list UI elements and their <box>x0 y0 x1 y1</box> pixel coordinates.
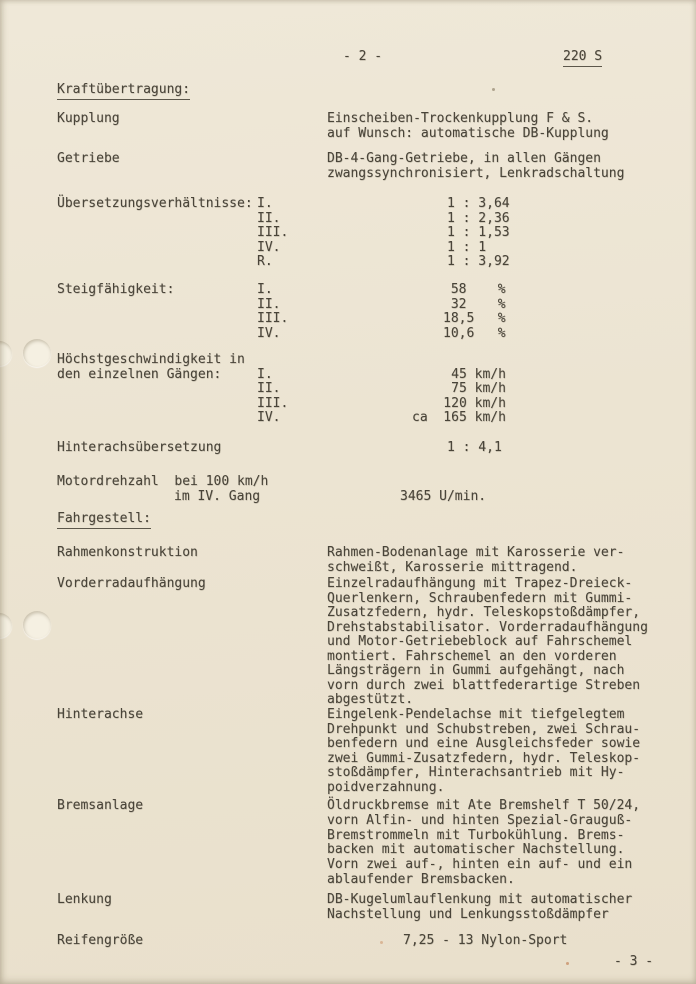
gear-numeral: IV. <box>257 241 280 256</box>
spec-label-hinterachse: Hinterachse <box>57 708 143 723</box>
spec-text: stoßdämpfer, Hinterachsantrieb mit Hy- <box>327 766 624 781</box>
gear-numeral: IV. <box>257 411 280 426</box>
page-number-bottom: - 3 - <box>614 955 653 970</box>
spec-text: vorn Alfin- und hinten Spezial-Grauguß- <box>327 814 632 829</box>
spec-text: auf Wunsch: automatische DB-Kupplung <box>327 127 609 142</box>
spec-value: 7,25 - 13 Nylon-Sport <box>403 934 567 949</box>
spec-value: 1 : 1 <box>447 241 486 256</box>
spec-label-motordrehzahl: Motordrehzahl bei 100 km/h <box>57 475 268 490</box>
spec-text: vorn durch zwei blattfederartige Streben <box>327 679 640 694</box>
spec-label-rahmenkonstruktion: Rahmenkonstruktion <box>57 546 198 561</box>
spec-value: 10,6 % <box>443 327 506 342</box>
spec-label-bremsanlage: Bremsanlage <box>57 799 143 814</box>
gear-numeral: IV. <box>257 327 280 342</box>
gear-numeral: III. <box>257 226 288 241</box>
spec-text: poidverzahnung. <box>327 781 444 796</box>
spec-text: Eingelenk-Pendelachse mit tiefgelegtem <box>327 708 624 723</box>
spec-text: Zusatzfedern, hydr. Teleskopstoßdämpfer, <box>327 606 640 621</box>
page-header: - 2 - 220 S <box>0 50 696 65</box>
spec-text: montiert. Fahrschemel an den vorderen <box>327 650 617 665</box>
spec-label-hoechstgeschwindigkeit: Höchstgeschwindigkeit in <box>57 353 245 368</box>
spec-text: Drehpunkt und Schubstreben, zwei Schrau- <box>327 723 640 738</box>
spec-value: 1 : 3,64 <box>447 197 510 212</box>
section-heading-fahrgestell: Fahrgestell: <box>57 512 151 529</box>
spec-text: Einzelradaufhängung mit Trapez-Dreieck- <box>327 577 632 592</box>
section-heading-kraftuebertragung: Kraftübertragung: <box>57 83 190 100</box>
spec-text: Bremstrommeln mit Turbokühlung. Brems- <box>327 829 624 844</box>
spec-value: 1 : 3,92 <box>447 255 510 270</box>
spec-value: 120 km/h <box>412 397 506 412</box>
spec-text: und Motor-Getriebeblock auf Fahrschemel <box>327 635 632 650</box>
spec-text: benfedern und eine Ausgleichsfeder sowie <box>327 737 640 752</box>
spec-text: abgestützt. <box>327 693 413 708</box>
model-code: 220 S <box>563 50 602 67</box>
gear-numeral: III. <box>257 312 288 327</box>
spec-value: 58 % <box>443 283 506 298</box>
spec-value: 3465 U/min. <box>400 490 486 505</box>
spec-text: Querlenkern, Schraubenfedern mit Gummi- <box>327 592 632 607</box>
gear-numeral: II. <box>257 382 280 397</box>
spec-value: 18,5 % <box>443 312 506 327</box>
spec-text: zwei Gummi-Zusatzfedern, hydr. Teleskop- <box>327 752 640 767</box>
gear-numeral: II. <box>257 212 280 227</box>
gear-numeral: II. <box>257 298 280 313</box>
spec-label-steigfaehigkeit: Steigfähigkeit: <box>57 283 174 298</box>
spec-label-getriebe: Getriebe <box>57 152 120 167</box>
spec-label-hoechstgeschwindigkeit-2: den einzelnen Gängen: <box>57 368 221 383</box>
spec-text: Öldruckbremse mit Ate Bremshelf T 50/24, <box>327 799 640 814</box>
spec-text: DB-Kugelumlauflenkung mit automatischer <box>327 893 632 908</box>
spec-label-lenkung: Lenkung <box>57 893 112 908</box>
spec-label-hinterachsuebersetzung: Hinterachsübersetzung <box>57 441 221 456</box>
spec-text: Längsträgern in Gummi aufgehängt, nach <box>327 664 624 679</box>
spec-text: Drehstabstabilisator. Vorderradaufhängun… <box>327 621 648 636</box>
spec-value: 45 km/h <box>412 368 506 383</box>
spec-text: Rahmen-Bodenanlage mit Karosserie ver- <box>327 546 624 561</box>
page-number-top: - 2 - <box>343 50 382 65</box>
spec-label-uebersetzungsverhaeltnisse: Übersetzungsverhältnisse: <box>57 197 253 212</box>
spec-text: DB-4-Gang-Getriebe, in allen Gängen <box>327 152 601 167</box>
spec-value: 1 : 2,36 <box>447 212 510 227</box>
gear-numeral: R. <box>257 255 273 270</box>
gear-numeral: III. <box>257 397 288 412</box>
spec-text: Nachstellung und Lenkungsstoßdämpfer <box>327 908 609 923</box>
spec-value: 75 km/h <box>412 382 506 397</box>
spec-value: 32 % <box>443 298 506 313</box>
spec-label-vorderradaufhaengung: Vorderradaufhängung <box>57 577 206 592</box>
spec-value: 1 : 1,53 <box>447 226 510 241</box>
gear-numeral: I. <box>257 197 273 212</box>
spec-label-reifengroesse: Reifengröße <box>57 934 143 949</box>
spec-value: 1 : 4,1 <box>447 441 502 456</box>
spec-text: Einscheiben-Trockenkupplung F & S. <box>327 112 593 127</box>
typewritten-spec-page: - 2 - 220 S Kraftübertragung: Kupplung E… <box>0 0 696 984</box>
spec-text: schweißt, Karosserie mittragend. <box>327 561 577 576</box>
spec-text: zwangssynchronisiert, Lenkradschaltung <box>327 167 624 182</box>
spec-label-kupplung: Kupplung <box>57 112 120 127</box>
gear-numeral: I. <box>257 283 273 298</box>
spec-text: Vorn zwei auf-, hinten ein auf- und ein <box>327 858 632 873</box>
spec-value: ca 165 km/h <box>412 411 506 426</box>
spec-label-motordrehzahl-2: im IV. Gang <box>174 490 260 505</box>
spec-text: backen mit automatischer Nachstellung. <box>327 843 624 858</box>
spec-text: ablaufender Bremsbacken. <box>327 873 515 888</box>
gear-numeral: I. <box>257 368 273 383</box>
